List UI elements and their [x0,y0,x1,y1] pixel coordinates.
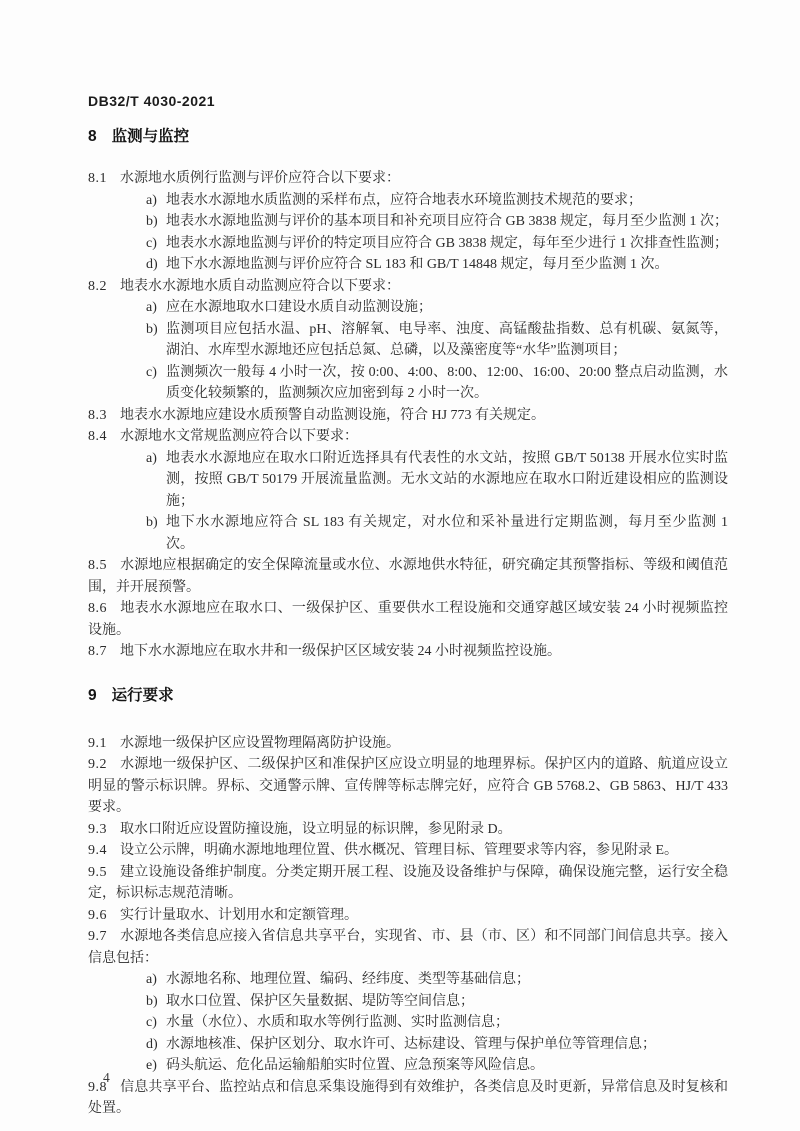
list-item-9-7-b: b)取水口位置、保护区矢量数据、堤防等空间信息； [88,991,728,1013]
item-marker: c) [146,362,157,384]
clause-number: 8.4 [88,429,107,444]
clause-number: 8.7 [88,644,107,659]
clause-text: 水源地水文常规监测应符合以下要求： [120,429,358,444]
item-marker: b) [146,991,158,1013]
section-9-heading: 9运行要求 [88,685,728,707]
list-item-8-2-a: a)应在水源地取水口建设水质自动监测设施； [88,297,728,319]
section-8-heading: 8监测与监控 [88,126,728,148]
clause-number: 9.3 [88,822,107,837]
clause-text: 水源地一级保护区应设置物理隔离防护设施。 [120,736,400,751]
item-text: 地表水水源地应在取水口附近选择具有代表性的水文站，按照 GB/T 50138 开… [166,451,728,509]
item-text: 水量（水位）、水质和取水等例行监测、实时监测信息； [166,1015,509,1030]
clause-number: 8.3 [88,408,107,423]
list-item-8-4-b: b)地下水水源地应符合 SL 183 有关规定，对水位和采补量进行定期监测，每月… [88,512,728,555]
item-marker: a) [146,969,157,991]
clause-9-5: 9.5建立设施设备维护制度。分类定期开展工程、设施及设备维护与保障，确保设施完整… [88,862,728,905]
clause-text: 建立设施设备维护制度。分类定期开展工程、设施及设备维护与保障，确保设施完整，运行… [88,865,728,902]
item-text: 应在水源地取水口建设水质自动监测设施； [166,300,432,315]
item-text: 地下水水源地监测与评价应符合 SL 183 和 GB/T 14848 规定，每月… [166,257,668,272]
item-text: 地表水水源地监测与评价的基本项目和补充项目应符合 GB 3838 规定，每月至少… [166,214,728,229]
list-item-9-7-c: c)水量（水位）、水质和取水等例行监测、实时监测信息； [88,1012,728,1034]
item-text: 地表水水源地监测与评价的特定项目应符合 GB 3838 规定，每年至少进行 1 … [166,236,728,251]
clause-9-8: 9.8信息共享平台、监控站点和信息采集设施得到有效维护，各类信息及时更新，异常信… [88,1077,728,1120]
item-marker: a) [146,297,157,319]
clause-9-2: 9.2水源地一级保护区、二级保护区和准保护区应设立明显的地理界标。保护区内的道路… [88,754,728,819]
clause-9-6: 9.6实行计量取水、计划用水和定额管理。 [88,905,728,927]
item-marker: b) [146,319,158,341]
clause-text: 地表水水源地水质自动监测应符合以下要求： [120,279,400,294]
item-text: 取水口位置、保护区矢量数据、堤防等空间信息； [166,994,474,1009]
clause-8-4: 8.4水源地水文常规监测应符合以下要求： [88,426,728,448]
list-item-8-1-b: b)地表水水源地监测与评价的基本项目和补充项目应符合 GB 3838 规定，每月… [88,211,728,233]
list-item-9-7-d: d)水源地核准、保护区划分、取水许可、达标建设、管理与保护单位等管理信息； [88,1034,728,1056]
item-marker: a) [146,448,157,470]
clause-8-2: 8.2地表水水源地水质自动监测应符合以下要求： [88,276,728,298]
clause-8-3: 8.3地表水水源地应建设水质预警自动监测设施，符合 HJ 773 有关规定。 [88,405,728,427]
clause-text: 水源地各类信息应接入省信息共享平台，实现省、市、县（市、区）和不同部门间信息共享… [88,929,728,966]
page-number: 4 [103,1070,110,1086]
clause-9-7: 9.7水源地各类信息应接入省信息共享平台，实现省、市、县（市、区）和不同部门间信… [88,926,728,969]
item-text: 地下水水源地应符合 SL 183 有关规定，对水位和采补量进行定期监测，每月至少… [166,515,728,552]
list-item-8-2-c: c)监测频次一般每 4 小时一次，按 0:00、4:00、8:00、12:00、… [88,362,728,405]
list-item-8-1-c: c)地表水水源地监测与评价的特定项目应符合 GB 3838 规定，每年至少进行 … [88,233,728,255]
clause-number: 8.5 [88,558,107,573]
clause-text: 水源地水质例行监测与评价应符合以下要求： [120,171,400,186]
doc-number: DB32/T 4030-2021 [88,90,728,112]
section-9-number: 9 [88,685,97,707]
item-marker: a) [146,190,157,212]
item-marker: b) [146,211,158,233]
clause-text: 信息共享平台、监控站点和信息采集设施得到有效维护，各类信息及时更新，异常信息及时… [88,1080,728,1117]
list-item-8-1-d: d)地下水水源地监测与评价应符合 SL 183 和 GB/T 14848 规定，… [88,254,728,276]
list-item-9-7-a: a)水源地名称、地理位置、编码、经纬度、类型等基础信息； [88,969,728,991]
item-marker: b) [146,512,158,534]
clause-number: 9.1 [88,736,107,751]
item-text: 水源地核准、保护区划分、取水许可、达标建设、管理与保护单位等管理信息； [166,1037,656,1052]
item-text: 地表水水源地水质监测的采样布点，应符合地表水环境监测技术规范的要求； [166,193,642,208]
item-marker: c) [146,233,157,255]
clause-text: 地下水水源地应在取水井和一级保护区区域安装 24 小时视频监控设施。 [120,644,561,659]
clause-text: 设立公示牌，明确水源地地理位置、供水概况、管理目标、管理要求等内容，参见附录 E… [120,843,678,858]
list-item-8-1-a: a)地表水水源地水质监测的采样布点，应符合地表水环境监测技术规范的要求； [88,190,728,212]
clause-8-7: 8.7地下水水源地应在取水井和一级保护区区域安装 24 小时视频监控设施。 [88,641,728,663]
clause-8-5: 8.5水源地应根据确定的安全保障流量或水位、水源地供水特征，研究确定其预警指标、… [88,555,728,598]
list-item-8-2-b: b)监测项目应包括水温、pH、溶解氧、电导率、浊度、高锰酸盐指数、总有机碳、氨氮… [88,319,728,362]
clause-text: 水源地一级保护区、二级保护区和准保护区应设立明显的地理界标。保护区内的道路、航道… [88,757,728,815]
clause-number: 9.6 [88,908,107,923]
section-8-number: 8 [88,126,97,148]
clause-number: 9.7 [88,929,107,944]
item-text: 监测项目应包括水温、pH、溶解氧、电导率、浊度、高锰酸盐指数、总有机碳、氨氮等，… [166,322,728,359]
clause-number: 8.1 [88,171,107,186]
item-text: 码头航运、危化品运输船舶实时位置、应急预案等风险信息。 [166,1058,544,1073]
item-marker: d) [146,254,158,276]
document-page: DB32/T 4030-2021 8监测与监控 8.1水源地水质例行监测与评价应… [0,0,800,1131]
clause-text: 地表水水源地应在取水口、一级保护区、重要供水工程设施和交通穿越区域安装 24 小… [88,601,728,638]
item-marker: d) [146,1034,158,1056]
item-marker: c) [146,1012,157,1034]
clause-text: 实行计量取水、计划用水和定额管理。 [120,908,358,923]
item-text: 水源地名称、地理位置、编码、经纬度、类型等基础信息； [166,972,530,987]
section-8-title: 监测与监控 [112,128,190,145]
clause-text: 地表水水源地应建设水质预警自动监测设施，符合 HJ 773 有关规定。 [120,408,545,423]
clause-text: 水源地应根据确定的安全保障流量或水位、水源地供水特征，研究确定其预警指标、等级和… [88,558,728,595]
list-item-9-7-e: e)码头航运、危化品运输船舶实时位置、应急预案等风险信息。 [88,1055,728,1077]
clause-number: 9.4 [88,843,107,858]
clause-text: 取水口附近应设置防撞设施，设立明显的标识牌，参见附录 D。 [120,822,512,837]
clause-number: 9.2 [88,757,107,772]
clause-8-6: 8.6地表水水源地应在取水口、一级保护区、重要供水工程设施和交通穿越区域安装 2… [88,598,728,641]
list-item-8-4-a: a)地表水水源地应在取水口附近选择具有代表性的水文站，按照 GB/T 50138… [88,448,728,513]
section-9-title: 运行要求 [112,687,174,704]
clause-8-1: 8.1水源地水质例行监测与评价应符合以下要求： [88,168,728,190]
item-marker: e) [146,1055,157,1077]
clause-number: 8.2 [88,279,107,294]
clause-9-4: 9.4设立公示牌，明确水源地地理位置、供水概况、管理目标、管理要求等内容，参见附… [88,840,728,862]
item-text: 监测频次一般每 4 小时一次，按 0:00、4:00、8:00、12:00、16… [166,365,728,402]
clause-9-1: 9.1水源地一级保护区应设置物理隔离防护设施。 [88,733,728,755]
clause-number: 9.5 [88,865,107,880]
clause-9-3: 9.3取水口附近应设置防撞设施，设立明显的标识牌，参见附录 D。 [88,819,728,841]
clause-number: 8.6 [88,601,107,616]
